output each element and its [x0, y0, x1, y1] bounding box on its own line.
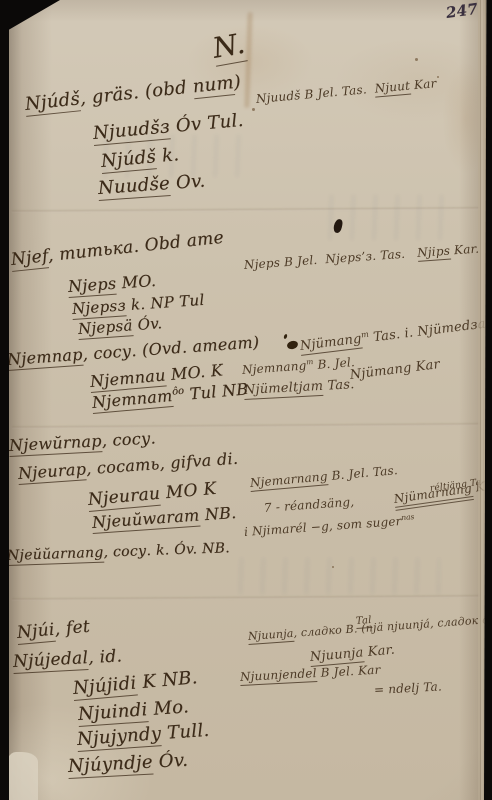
dialect-abbr: Kar.: [450, 242, 480, 258]
variant-abbr: Óv.: [152, 750, 188, 773]
superscript: ôo: [172, 386, 185, 398]
manuscript-photo: 247 N. Njúdš, gräs. (obd num) Njuudš B J…: [0, 0, 492, 800]
gloss: , fet: [54, 617, 91, 640]
speck: [332, 566, 334, 568]
variant-word: Njepsä: [77, 316, 133, 340]
dialect-abbr: Kar.: [363, 643, 396, 661]
dialect-abbr: Tas.: [323, 377, 355, 394]
binding-edge-left: [0, 0, 9, 800]
gloss-underlined: num: [192, 72, 235, 99]
dialect-word: Njuut: [374, 79, 411, 98]
variant-abbr: Tull.: [160, 720, 210, 744]
dialect-word: Njips: [417, 244, 451, 262]
headword: Njúi: [16, 620, 56, 645]
ink-showthrough: [230, 558, 440, 594]
section-letter: N.: [210, 27, 248, 67]
headword: Njújedal: [12, 648, 88, 674]
page-corner: [4, 752, 38, 800]
headword: Njef: [10, 246, 49, 272]
variant-abbr: MO.: [116, 271, 157, 293]
variant-word: Njúdš: [100, 146, 157, 174]
dialect-word: Njuunja: [248, 627, 295, 645]
speck: [437, 76, 439, 78]
variant-abbr: k.: [155, 144, 180, 167]
ink-showthrough: [320, 195, 450, 240]
section-heading: N.: [210, 27, 247, 65]
headword: Njeŭŭarnang: [7, 545, 104, 566]
variant-word: Njeps: [67, 274, 117, 298]
variant-abbr: NB.: [199, 503, 237, 525]
variant-word: Njuindi: [77, 699, 148, 727]
variant-abbr: Mo.: [147, 696, 190, 720]
speck: [415, 58, 418, 61]
variant-word: Njúyndje: [67, 752, 153, 779]
superscript: nas: [401, 512, 415, 522]
dialect-abbr: Kar: [409, 76, 437, 92]
speck: [252, 108, 255, 111]
variant-abbr: Óv.: [132, 314, 163, 334]
gloss: , id.: [88, 646, 123, 668]
variant-abbr: Ov.: [169, 171, 206, 194]
gloss: , сосу.: [101, 428, 156, 450]
